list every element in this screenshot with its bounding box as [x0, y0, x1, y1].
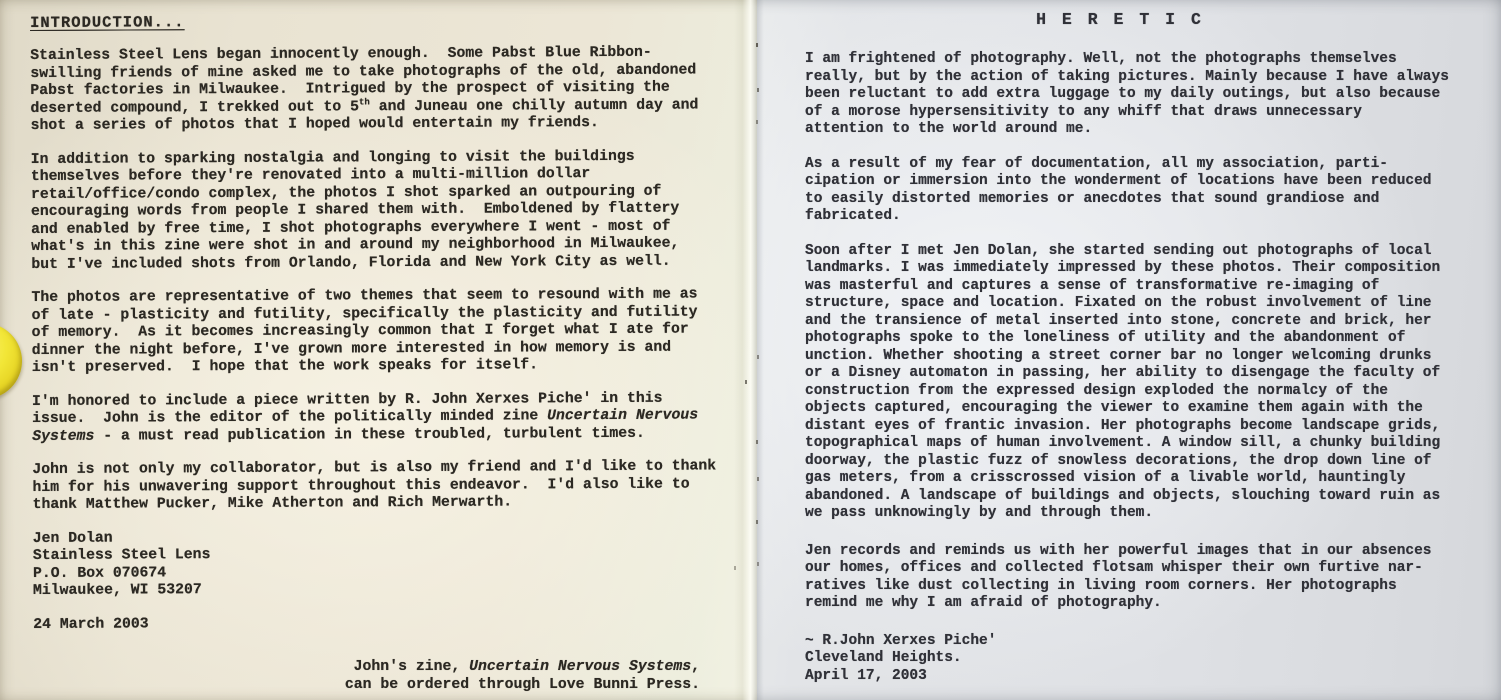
left-page-content: INTRODUCTION... Stainless Steel Lens beg… — [30, 10, 749, 634]
heretic-paragraph-3: Soon after I met Jen Dolan, she started … — [805, 243, 1465, 523]
intro-paragraph-2: In addition to sparking nostalgia and lo… — [31, 148, 748, 274]
right-page-heretic: H E R E T I C I am frightened of photogr… — [757, 0, 1501, 700]
right-page-content: H E R E T I C I am frightened of photogr… — [805, 8, 1465, 685]
author-address-block: Jen Dolan Stainless Steel Lens P.O. Box … — [33, 527, 749, 601]
intro-paragraph-5: John is not only my collaborator, but is… — [32, 458, 748, 514]
scanned-zine-spread: INTRODUCTION... Stainless Steel Lens beg… — [0, 0, 1501, 700]
ordering-note-zine-title-italic: Uncertain Nervous Systems — [469, 659, 691, 675]
introduction-title: INTRODUCTION... — [30, 13, 185, 32]
heretic-paragraph-1: I am frightened of photography. Well, no… — [805, 51, 1465, 139]
page-fold — [734, 0, 764, 700]
ordering-note-text: John's zine, — [354, 659, 469, 675]
ordering-note: John's zine, Uncertain Nervous Systems, … — [345, 659, 700, 694]
intro-paragraph-3: The photos are representative of two the… — [31, 286, 747, 377]
intro-date: 24 March 2003 — [33, 613, 749, 634]
binding-specks — [756, 43, 758, 47]
heretic-paragraph-2: As a result of my fear of documentation,… — [805, 156, 1465, 226]
intro-paragraph-4: I'm honored to include a piece written b… — [32, 390, 748, 446]
intro-paragraph-4-text-end: - a must read publication in these troub… — [94, 425, 645, 444]
heretic-author-signature: ~ R.John Xerxes Piche' Cleveland Heights… — [805, 633, 1465, 686]
heretic-paragraph-4: Jen records and reminds us with her powe… — [805, 543, 1465, 613]
left-page-introduction: INTRODUCTION... Stainless Steel Lens beg… — [0, 0, 757, 700]
superscript-th: th — [359, 97, 370, 107]
intro-paragraph-1: Stainless Steel Lens began innocently en… — [30, 44, 746, 135]
heretic-title: H E R E T I C — [805, 10, 1435, 29]
yellow-sticker — [0, 323, 22, 399]
